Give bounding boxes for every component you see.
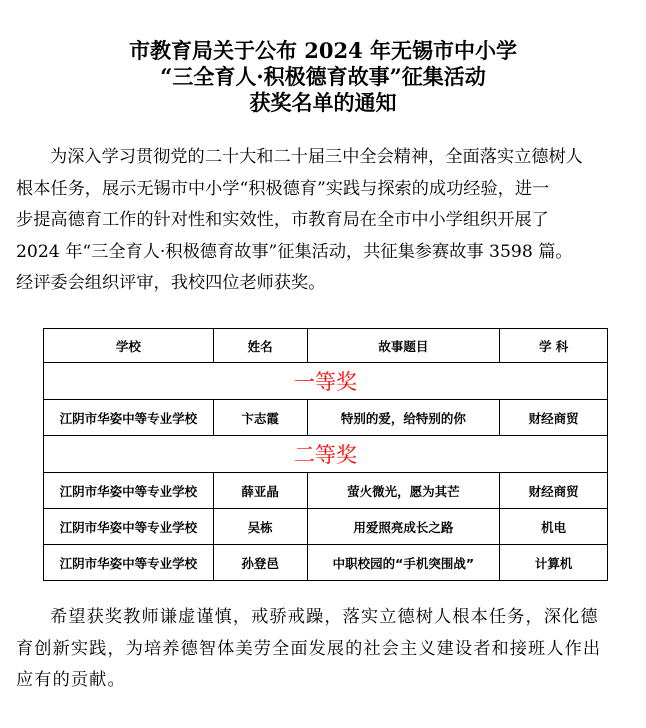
header-school: 学校 xyxy=(44,329,214,363)
cell-name: 薛亚晶 xyxy=(213,473,307,509)
cell-story-title: 特别的爱，给特别的你 xyxy=(307,400,500,436)
prize-heading-row: 二等奖 xyxy=(44,436,608,473)
cell-name: 吴栋 xyxy=(213,509,307,545)
second-prize-heading: 二等奖 xyxy=(44,436,608,473)
table-row: 江阴市华姿中等专业学校 孙登邑 中职校园的“手机突围战” 计算机 xyxy=(44,545,608,581)
cell-school: 江阴市华姿中等专业学校 xyxy=(44,509,214,545)
closing-line-2: 育创新实践，为培养德智体美劳全面发展的社会主义建设者和接班人作出 xyxy=(16,634,636,666)
intro-line-1: 为深入学习贯彻党的二十大和二十届三中全会精神，全面落实立德树人 xyxy=(16,142,636,174)
title-line-1: 市教育局关于公布 2024 年无锡市中小学 xyxy=(0,38,646,64)
header-name: 姓名 xyxy=(213,329,307,363)
first-prize-heading: 一等奖 xyxy=(44,363,608,400)
cell-name: 孙登邑 xyxy=(213,545,307,581)
closing-line-1: 希望获奖教师谦虚谨慎，戒骄戒躁，落实立德树人根本任务，深化德 xyxy=(16,602,636,634)
table-row: 江阴市华姿中等专业学校 薛亚晶 萤火微光，愿为其芒 财经商贸 xyxy=(44,473,608,509)
cell-subject: 机电 xyxy=(500,509,608,545)
header-subject: 学 科 xyxy=(500,329,608,363)
intro-line-2: 根本任务，展示无锡市中小学“积极德育”实践与探索的成功经验，进一 xyxy=(16,174,636,206)
intro-paragraph: 为深入学习贯彻党的二十大和二十届三中全会精神，全面落实立德树人 根本任务，展示无… xyxy=(16,142,636,300)
closing-paragraph: 希望获奖教师谦虚谨慎，戒骄戒躁，落实立德树人根本任务，深化德 育创新实践，为培养… xyxy=(16,602,636,697)
cell-subject: 计算机 xyxy=(500,545,608,581)
table-header-row: 学校 姓名 故事题目 学 科 xyxy=(44,329,608,363)
cell-story-title: 中职校园的“手机突围战” xyxy=(307,545,500,581)
prize-heading-row: 一等奖 xyxy=(44,363,608,400)
cell-school: 江阴市华姿中等专业学校 xyxy=(44,545,214,581)
cell-name: 卞志霞 xyxy=(213,400,307,436)
cell-school: 江阴市华姿中等专业学校 xyxy=(44,400,214,436)
intro-line-3: 步提高德育工作的针对性和实效性，市教育局在全市中小学组织开展了 xyxy=(16,205,636,237)
intro-line-4: 2024 年“三全育人·积极德育故事”征集活动，共征集参赛故事 3598 篇。 xyxy=(16,237,636,269)
intro-line-5: 经评委会组织评审，我校四位老师获奖。 xyxy=(16,268,636,300)
notice-title: 市教育局关于公布 2024 年无锡市中小学 “三全育人·积极德育故事”征集活动 … xyxy=(0,38,646,116)
header-story-title: 故事题目 xyxy=(307,329,500,363)
title-line-3: 获奖名单的通知 xyxy=(0,90,646,116)
award-table: 学校 姓名 故事题目 学 科 一等奖 江阴市华姿中等专业学校 卞志霞 特别的爱，… xyxy=(43,328,608,581)
table-row: 江阴市华姿中等专业学校 卞志霞 特别的爱，给特别的你 财经商贸 xyxy=(44,400,608,436)
closing-line-3: 应有的贡献。 xyxy=(16,665,636,697)
table-row: 江阴市华姿中等专业学校 吴栋 用爱照亮成长之路 机电 xyxy=(44,509,608,545)
cell-subject: 财经商贸 xyxy=(500,400,608,436)
title-line-2: “三全育人·积极德育故事”征集活动 xyxy=(0,64,646,90)
cell-story-title: 用爱照亮成长之路 xyxy=(307,509,500,545)
cell-subject: 财经商贸 xyxy=(500,473,608,509)
cell-school: 江阴市华姿中等专业学校 xyxy=(44,473,214,509)
cell-story-title: 萤火微光，愿为其芒 xyxy=(307,473,500,509)
